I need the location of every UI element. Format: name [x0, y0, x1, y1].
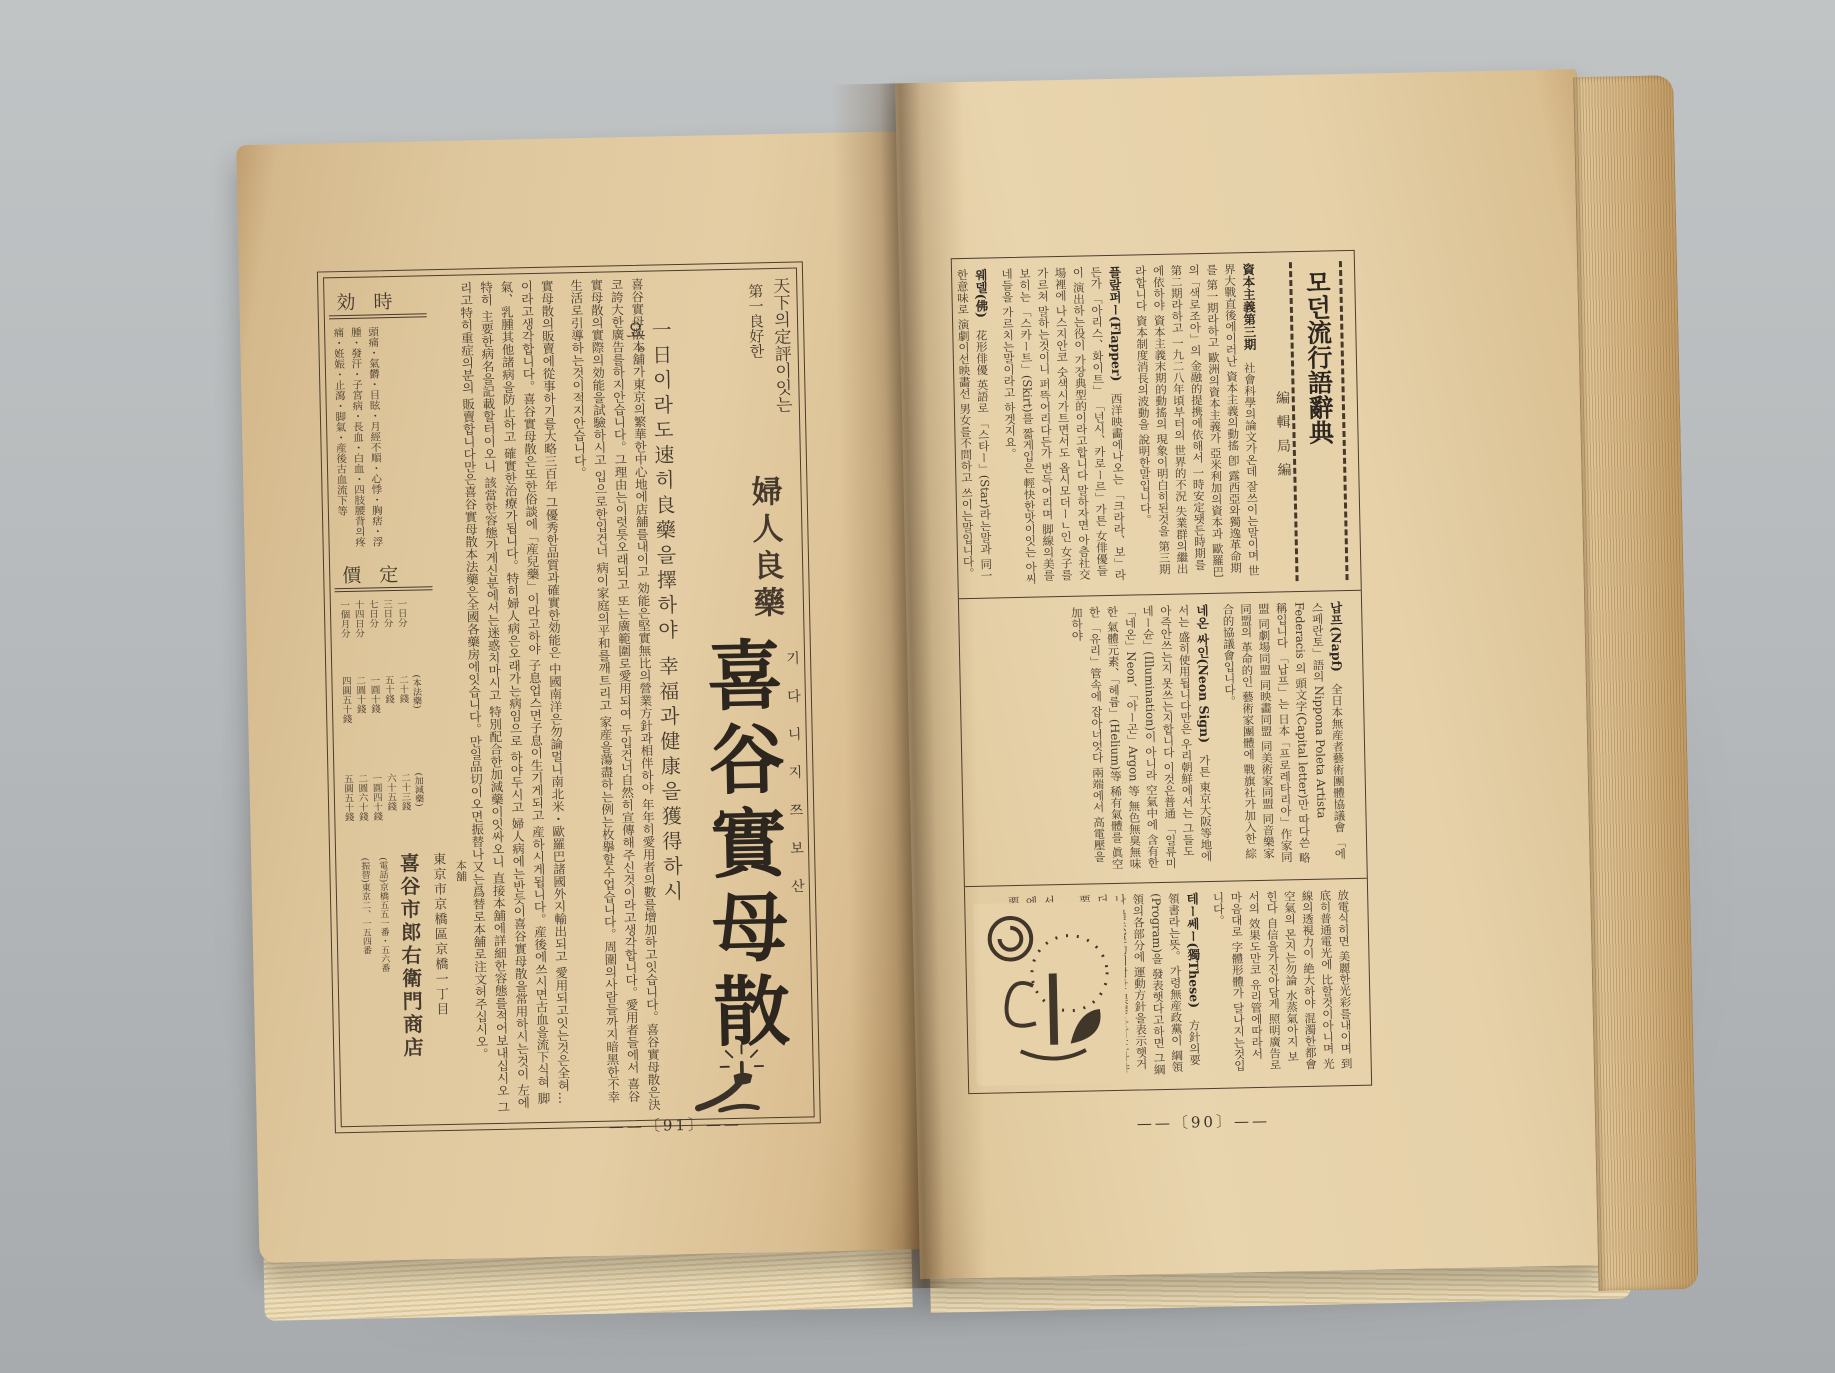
address-telephone: (電話)京橋五五一番・五六番 [376, 853, 395, 1121]
entry-headword: 네온 싸인(Neon Sign) [1194, 604, 1212, 743]
effects-header: 効時 [328, 286, 427, 319]
price-value: 二圓十錢 [352, 676, 367, 772]
quantity: 十四日分 [351, 600, 365, 672]
ad-body-text: 喜谷實母散本舖가東京의繁華한中心地에店舖를내이고 効能은堅實無比의營業方針과相伴… [454, 278, 663, 1118]
price-group-label: (本法藥) [409, 674, 423, 770]
left-page: 天下의定評이잇는 第一良好한 婦人良藥 기다니지쯔보산 喜谷實母散 [236, 131, 919, 1263]
dict-entry: 네온 싸인(Neon Sign) 가튼 東京大阪等地에서는 盛히使用됩니다만은 … [1067, 604, 1217, 874]
price-header: 價定 [334, 559, 433, 592]
dict-entry: 플랖퍼ー(Flapper) 西洋映畵에나오는 「크라라、보」라든가 「아리스、화… [997, 266, 1130, 588]
quantity: 一個月分 [336, 600, 350, 672]
art-deco-candle-illustration [973, 901, 1127, 1086]
ad-eyebrow-sub: 第一良好한 [745, 277, 768, 467]
ad-eyebrow: 天下의定評이잇는 第一良好한 [741, 277, 795, 468]
price-row-honpo: (本法藥) 二十錢 五十錢 一圓十錢 二圓十錢 四圓五十錢 [336, 674, 425, 772]
price-value: 一圓十錢 [366, 675, 381, 771]
page-number-91: ——〔91〕—— [609, 1113, 743, 1137]
page-number-90: ——〔90〕—— [1137, 1110, 1271, 1134]
open-book: 天下의定評이잇는 第一良好한 婦人良藥 기다니지쯔보산 喜谷實母散 [235, 67, 1703, 1333]
entry-headword: 웨델(佛) [973, 269, 989, 319]
address-street: 東京市京橋區京橋一丁目 [428, 852, 453, 1120]
dictionary-frame: 모던流行語辭典 編輯局編 資本主義第三期 社會科學의論文가온데 잘쓰이는말이며 … [951, 250, 1372, 1094]
ad-body-paragraph-2: 實母散의販賣에從事하기를大略三百年 그優秀한品質과確實한効能은 中國南洋은勿論멀… [455, 280, 574, 1118]
right-page: 모던流行語辭典 編輯局編 資本主義第三期 社會科學의論文가온데 잘쓰이는말이며 … [895, 69, 1602, 1279]
woman-lamp-illustration [692, 1023, 798, 1117]
dict-entry: 웨델(佛) 花形俳優 英語로 「스타ー」(Star)라는말과 同一한意味로 演劇… [953, 268, 997, 588]
entry-headword: 플랖퍼ー(Flapper) [1107, 266, 1124, 382]
ad-sidebar: 効時 頭痛・氣欝・目眩・月經不順・心悸・胸痞・浮腫・發汗・子宮病・長血・白血・四… [328, 284, 438, 872]
price-value: 五十錢 [381, 675, 396, 771]
price-value: 二十錢 [395, 675, 410, 771]
book-photo: 天下의定評이잇는 第一良好한 婦人良藥 기다니지쯔보산 喜谷實母散 [0, 0, 1835, 1373]
address-transfer: (振替)東京二、一五四番 [358, 854, 377, 1122]
dict-entry: 資本主義第三期 社會科學의論文가온데 잘쓰이는말이며 世界大戰直後에이러난 資本… [1131, 263, 1264, 585]
entry-headword: 납프(Napf) [1328, 601, 1344, 672]
quantity: 七日分 [365, 599, 379, 671]
address-store-name: 喜谷市郎右衛門商店 [394, 852, 429, 1121]
quantity: 三日分 [379, 599, 393, 671]
dictionary-title-block: 모던流行語辭典 編輯局編 [1267, 261, 1348, 581]
dictionary-section-1: 모던流行語辭典 編輯局編 資本主義第三期 社會科學의論文가온데 잘쓰이는말이며 … [952, 251, 1361, 599]
entry-body: 放電식히면 美麗한光彩를내이며 到底히普通電光에 比할것이아니며 光線의透視力이… [1211, 889, 1353, 1071]
symptom-list: 頭痛・氣欝・目眩・月經不順・心悸・胸痞・浮腫・發汗・子宮病・長血・白血・四肢腰背… [329, 326, 386, 559]
entry-body: 가튼 東京大阪等地에서는 盛히使用됩니다만은 우리朝鮮에서는 그들도 아즉안쓰는… [1070, 604, 1214, 869]
dict-entry: 放電식히면 美麗한光彩를내이며 到底히普通電光에 比할것이아니며 光線의透視力이… [1209, 889, 1355, 1075]
dict-entry: 납프(Napf) 全日本無産者藝術團體協議會 「에스페란토」語의 Nippona… [1218, 601, 1350, 871]
store-address: 本舖 東京市京橋區京橋一丁目 喜谷市郎右衛門商店 (電話)京橋五五一番・五六番 … [340, 852, 474, 1123]
quantity: 一日分 [394, 599, 408, 671]
ad-frame: 天下의定評이잇는 第一良好한 婦人良藥 기다니지쯔보산 喜谷實母散 [317, 261, 821, 1133]
dictionary-section-2: 납프(Napf) 全日本無産者藝術團體協議會 「에스페란토」語의 Nippona… [959, 591, 1367, 887]
price-value: 四圓五十錢 [338, 676, 353, 772]
price-quantities: 一日分 三日分 七日分 十四日分 一個月分 [335, 599, 410, 673]
ad-category: 婦人良藥 [741, 475, 789, 636]
price-table: 一日分 三日分 七日分 十四日分 一個月分 (本法藥) 二十錢 五十錢 一圓十錢… [335, 598, 439, 872]
dictionary-section-3: 放電식히면 美麗한光彩를내이며 到底히普通電光에 比할것이아니며 光線의透視力이… [965, 879, 1371, 1090]
dictionary-title: 모던流行語辭典 [1289, 261, 1348, 581]
entry-headword: 테ー쎄ー(獨These) [1185, 892, 1202, 1008]
entry-headword: 資本主義第三期 [1240, 263, 1257, 351]
ad-eyebrow-top: 天下의定評이잇는 [768, 277, 794, 467]
